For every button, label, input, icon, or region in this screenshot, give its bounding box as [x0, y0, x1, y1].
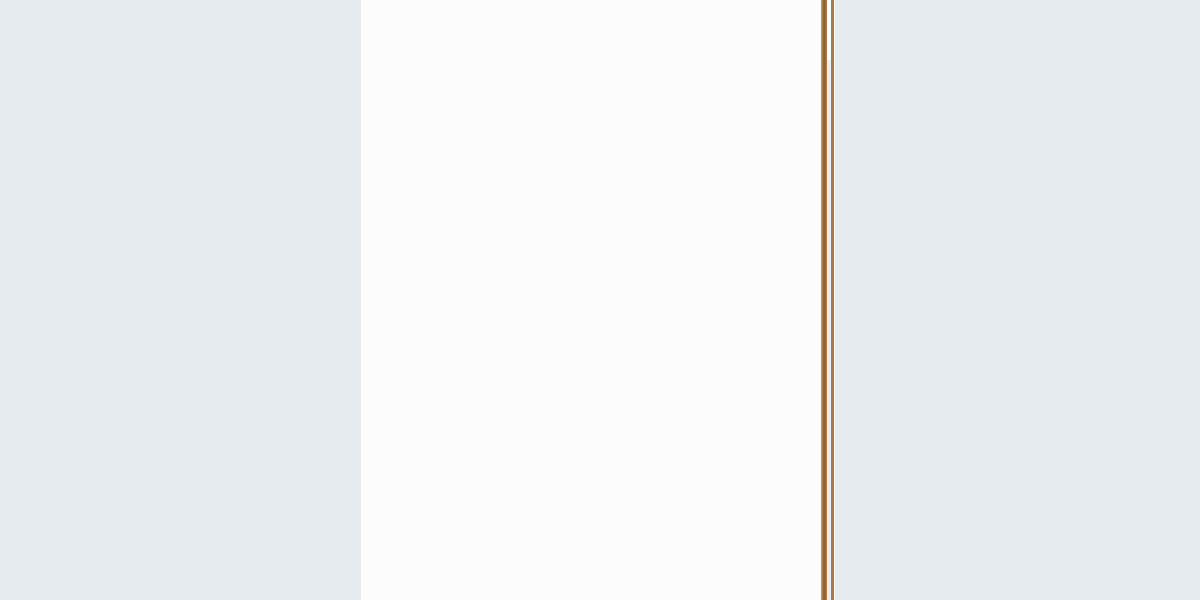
scanned-letter-page [361, 0, 835, 600]
binding-outer-edge [831, 0, 834, 600]
